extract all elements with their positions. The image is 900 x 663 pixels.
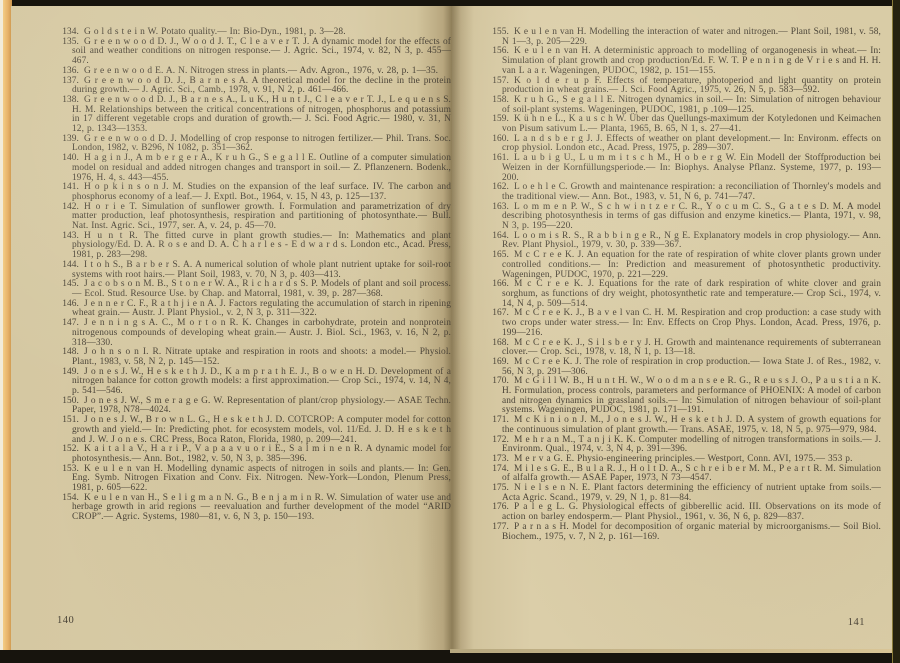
reference-entry: 149.J o n e s J. W., H e s k e t h J. D.… [57, 368, 451, 397]
reference-entry: 161.L a u b i g U., L u m m i t s c h M.… [487, 154, 881, 183]
entry-text: G r e e n w o o d D. J. Modelling of cro… [72, 134, 451, 154]
entry-text: G o l d s t e i n W. Potato quality.— In… [84, 27, 346, 37]
entry-text: K e u l e n van H., S e l i g m a n N. G… [72, 493, 451, 522]
reference-entry: 163.L o m m e n P. W., S c h w i n t z e… [487, 203, 881, 232]
reference-entry: 151.J o n e s J. W., B r o w n L. G., H … [57, 416, 451, 445]
entry-text: K o l d e r u p F. Effects of temperatur… [502, 76, 881, 96]
page-number-left: 140 [57, 615, 74, 626]
entry-text: K e u l e n van H. A deterministic appro… [502, 46, 881, 75]
entry-text: I t o h S., B a r b e r S. A. A numerica… [72, 260, 451, 280]
reference-entry: 166.M c C r e e K. J. Equations for the … [487, 280, 881, 309]
reference-entry: 144.I t o h S., B a r b e r S. A. A nume… [57, 261, 451, 280]
entry-text: M e h r a n M., T a n j i K. K. Computer… [502, 435, 881, 455]
entry-text: M c C r e e K. J., S i l s b e r y J. H.… [502, 338, 881, 358]
entry-text: J e n n e r C. F., R a t h j i e n A. J.… [72, 299, 451, 319]
entry-text: M e r v a G. E. Physio-engineering princ… [514, 454, 853, 464]
reference-entry: 176.P a l e g L. G. Physiological effect… [487, 503, 881, 522]
entry-text: J o n e s J. W., S m e r a g e G. W. Rep… [72, 396, 451, 416]
bottom-page-edges [450, 649, 893, 653]
entry-text: M c C r e e K. J., B a v e l van C. H. M… [502, 308, 881, 337]
entry-text: K e u l e n van H. Modelling the interac… [502, 27, 881, 47]
entry-text: K ü h n e L., K a u s c h W. Über das Qu… [502, 114, 881, 134]
reference-entry: 141.H o p k i n s o n J. M. Studies on t… [57, 183, 451, 202]
reference-entry: 160.L a n d s b e r g J. J. Effects of w… [487, 135, 881, 154]
right-page: 155.K e u l e n van H. Modelling the int… [452, 6, 893, 650]
entry-text: L o o m i s R. S., R a b b i n g e R., N… [502, 231, 881, 251]
entry-text: M c C r e e K. J. The role of respiratio… [502, 357, 881, 377]
entry-text: H o r i e T. Simulation of sunflower gro… [72, 202, 451, 231]
entry-text: J a c o b s o n M. B., S t o n e r W. A.… [72, 279, 451, 299]
reference-entry: 139.G r e e n w o o d D. J. Modelling of… [57, 135, 451, 154]
entry-text: G r e e n w o o d D. J., W o o d J. T., … [72, 37, 451, 66]
reference-entry: 147.J e n n i n g s A. C., M o r t o n R… [57, 319, 451, 348]
entry-text: G r e e n w o o d E. A. N. Nitrogen stre… [84, 66, 438, 76]
reference-entry: 154.K e u l e n van H., S e l i g m a n … [57, 494, 451, 523]
reference-entry: 170.M c G i l l W. B., H u n t H. W., W … [487, 377, 881, 416]
page-number-right: 141 [848, 617, 865, 628]
entry-text: K a i t a l a V., H a r i P., V a p a a … [72, 444, 451, 464]
entry-text: P a l e g L. G. Physiological effects of… [502, 502, 881, 522]
entry-text: L a u b i g U., L u m m i t s c h M., H … [502, 153, 881, 182]
entry-text: K e u l e n van H. Modelling dynamic asp… [72, 464, 451, 493]
entry-text: M c C r e e K. J. An equation for the ra… [502, 250, 881, 279]
reference-entry: 150.J o n e s J. W., S m e r a g e G. W.… [57, 397, 451, 416]
reference-entry: 167.M c C r e e K. J., B a v e l van C. … [487, 309, 881, 338]
entry-text: L o e h l e C. Growth and maintenance re… [502, 182, 881, 202]
entry-text: J o h n s o n I. R. Nitrate uptake and r… [72, 347, 451, 367]
reference-entry: 168.M c C r e e K. J., S i l s b e r y J… [487, 339, 881, 358]
entry-text: L a n d s b e r g J. J. Effects of weath… [502, 134, 881, 154]
entry-text: K r u h G., S e g a l l E. Nitrogen dyna… [502, 95, 881, 115]
entry-text: L o m m e n P. W., S c h w i n t z e r C… [502, 202, 881, 231]
reference-entry: 140.H a g i n J., A m b e r g e r A., K … [57, 154, 451, 183]
reference-entry: 143.H u n t R. The fitted curve in plant… [57, 232, 451, 261]
reference-entry: 153.K e u l e n van H. Modelling dynamic… [57, 465, 451, 494]
entry-text: H u n t R. The fitted curve in plant gro… [72, 231, 451, 260]
reference-entry: 162.L o e h l e C. Growth and maintenanc… [487, 183, 881, 202]
reference-entry: 158.K r u h G., S e g a l l E. Nitrogen … [487, 96, 881, 115]
reference-entry: 138.G r e e n w o o d D. J., B a r n e s… [57, 96, 451, 135]
left-page: 134.G o l d s t e i n W. Potato quality.… [11, 6, 452, 650]
reference-entry: 157.K o l d e r u p F. Effects of temper… [487, 77, 881, 96]
entry-text: M c C r e e K. J. Equations for the rate… [502, 279, 881, 308]
reference-entry: 152.K a i t a l a V., H a r i P., V a p … [57, 445, 451, 464]
reference-entry: 135.G r e e n w o o d D. J., W o o d J. … [57, 38, 451, 67]
reference-entry: 159.K ü h n e L., K a u s c h W. Über da… [487, 115, 881, 134]
reference-entry: 165.M c C r e e K. J. An equation for th… [487, 251, 881, 280]
entry-text: P a r n a s H. Model for decomposition o… [502, 522, 881, 542]
entry-text: J e n n i n g s A. C., M o r t o n R. K.… [72, 318, 451, 347]
entry-text: J o n e s J. W., H e s k e t h J. D., K … [72, 367, 451, 396]
reference-entry: 169.M c C r e e K. J. The role of respir… [487, 358, 881, 377]
entry-text: H o p k i n s o n J. M. Studies on the e… [72, 182, 451, 202]
entry-text: H a g i n J., A m b e r g e r A., K r u … [72, 153, 451, 182]
reference-list-left: 134.G o l d s t e i n W. Potato quality.… [57, 28, 451, 523]
reference-entry: 177.P a r n a s H. Model for decompositi… [487, 523, 881, 542]
reference-entry: 164.L o o m i s R. S., R a b b i n g e R… [487, 232, 881, 251]
entry-text: J o n e s J. W., B r o w n L. G., H e s … [72, 415, 451, 444]
reference-entry: 156.K e u l e n van H. A deterministic a… [487, 47, 881, 76]
book-spread: 134.G o l d s t e i n W. Potato quality.… [0, 0, 900, 663]
reference-entry: 174.M i l e s G. E., B u l a R. J., H o … [487, 465, 881, 484]
reference-entry: 142.H o r i e T. Simulation of sunflower… [57, 203, 451, 232]
reference-entry: 146.J e n n e r C. F., R a t h j i e n A… [57, 300, 451, 319]
reference-entry: 148.J o h n s o n I. R. Nitrate uptake a… [57, 348, 451, 367]
reference-entry: 172.M e h r a n M., T a n j i K. K. Comp… [487, 436, 881, 455]
reference-entry: 155.K e u l e n van H. Modelling the int… [487, 28, 881, 47]
reference-entry: 175.N i e l s e n N. E. Plant factors de… [487, 484, 881, 503]
right-cover-edge [892, 0, 900, 663]
entry-text: M i l e s G. E., B u l a R. J., H o l t … [502, 464, 881, 484]
reference-entry: 137.G r e e n w o o d D. J., B a r n e s… [57, 77, 451, 96]
entry-text: M c K i n i o n J. M., J o n e s J. W., … [502, 415, 881, 435]
reference-entry: 171.M c K i n i o n J. M., J o n e s J. … [487, 416, 881, 435]
entry-text: G r e e n w o o d D. J., B a r n e s A. … [72, 76, 451, 96]
entry-text: M c G i l l W. B., H u n t H. W., W o o … [502, 376, 881, 415]
reference-entry: 145.J a c o b s o n M. B., S t o n e r W… [57, 280, 451, 299]
reference-list-right: 155.K e u l e n van H. Modelling the int… [487, 28, 881, 542]
entry-text: N i e l s e n N. E. Plant factors determ… [502, 483, 881, 503]
entry-text: G r e e n w o o d D. J., B a r n e s A.,… [72, 95, 451, 134]
